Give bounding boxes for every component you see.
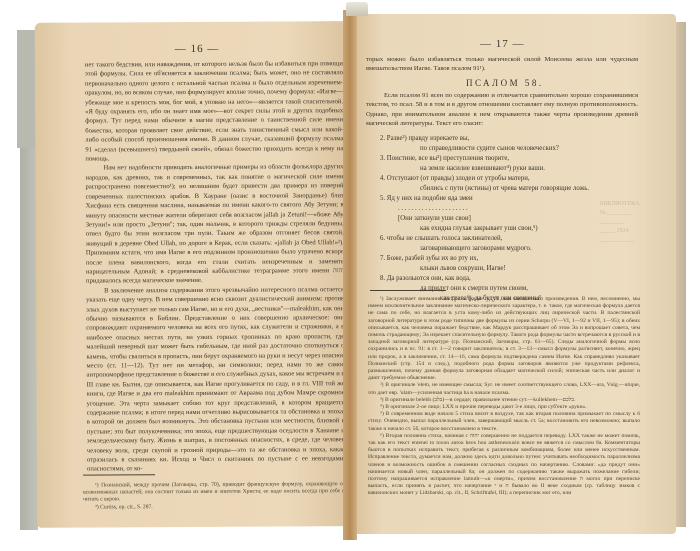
verse-line: [Они заткнули уши свои] <box>380 214 589 224</box>
footnote: ²) В оригинале 'elem, не имеющее смысла;… <box>368 382 640 396</box>
verse-ellipsis: . . . . . . . . . . . . . . . . . . . . … <box>380 204 589 214</box>
page-number-right: — 17 — <box>480 38 525 50</box>
footnote: ⁶) Вторая половина стиха, начиная с יהוה… <box>368 433 640 498</box>
left-page-body: нет такого бедствия, или наваждения, от … <box>85 59 345 474</box>
psalm-verses: 2. Разве²) правду изрекаете вы, по справ… <box>380 134 589 304</box>
footnote: ²) Curtiss, op. cit., S. 287. <box>83 503 345 512</box>
verse-line: 6. чтобы не слышать голоса заклинателей, <box>380 234 589 244</box>
verse-line: 7. Боже, разбей зубы их во рту их, <box>380 254 589 264</box>
verse-line: 2. Разве²) правду изрекаете вы, <box>380 134 589 144</box>
right-page: — 17 — торых можно было избавляться толь… <box>350 14 676 534</box>
section-heading: ПСАЛОМ 58. <box>466 78 544 88</box>
verse-line: 4. Отступают (от правды) злодеи от утроб… <box>380 174 589 184</box>
footnote: ¹) Позианский, между прочим (Заговоры, с… <box>83 481 345 504</box>
verse-line: клыки львов сокруши, Иагве! <box>380 264 589 274</box>
paragraph: В заключение анализа содержания этого чр… <box>86 285 345 474</box>
left-footnotes: ¹) Позианский, между прочим (Заговоры, с… <box>83 481 345 511</box>
verse-line: да придут они к смерти путем своим, <box>380 284 589 294</box>
verse-line: 8. Да разольются они, как вода, <box>380 274 589 284</box>
library-stamp: БИБЛИОТЕКА № ________ ________ _____ 192… <box>600 200 675 270</box>
footnote: ¹) Заслуживает внимания вопрос о форме п… <box>368 296 640 382</box>
verse-line: 5. Яд у них на подобие яда змеи <box>380 194 589 204</box>
right-footnotes: ¹) Заслуживает внимания вопрос о форме п… <box>368 296 640 498</box>
footnote: ³) В оригинале belebh (בלב)—в сердце; пр… <box>368 397 640 404</box>
left-page: — 16 — нет такого бедствия, или наважден… <box>35 21 350 528</box>
footnote: ⁵) В современном виде начало 5 стиха вис… <box>368 411 640 433</box>
right-intro: торых можно было избавляться только маги… <box>366 55 638 74</box>
paragraph: Нам нет надобности приводить аналогичные… <box>85 163 344 287</box>
verse-line: по справедливости судите сынов человечес… <box>380 144 589 154</box>
verse-line: на земле насилие взвешивают⁴) руки ваши. <box>380 164 589 174</box>
verse-line: заговаривающего заговорами мудрого. <box>380 244 589 254</box>
verse-line: 3. Поистине, все вы³) преступления твори… <box>380 154 589 164</box>
paragraph: торых можно было избавляться только маги… <box>366 55 638 74</box>
footnote-rule <box>370 290 446 291</box>
footnote-rule <box>83 474 155 475</box>
book-spine <box>343 10 357 540</box>
bookmark <box>346 2 368 16</box>
verse-line: сбились с пути (истины) от чрева матери … <box>380 184 589 194</box>
page-stack-edge <box>676 22 686 527</box>
paragraph: нет такого бедствия, или наваждения, от … <box>85 59 344 164</box>
verse-line: как ехидна глухая закрывает уши свои,⁵) <box>380 224 589 234</box>
right-paragraph: Если псалом 91 ясен по содержанию и отли… <box>366 91 638 129</box>
page-number-left: — 16 — <box>175 43 220 55</box>
paragraph: Если псалом 91 ясен по содержанию и отли… <box>366 91 638 129</box>
